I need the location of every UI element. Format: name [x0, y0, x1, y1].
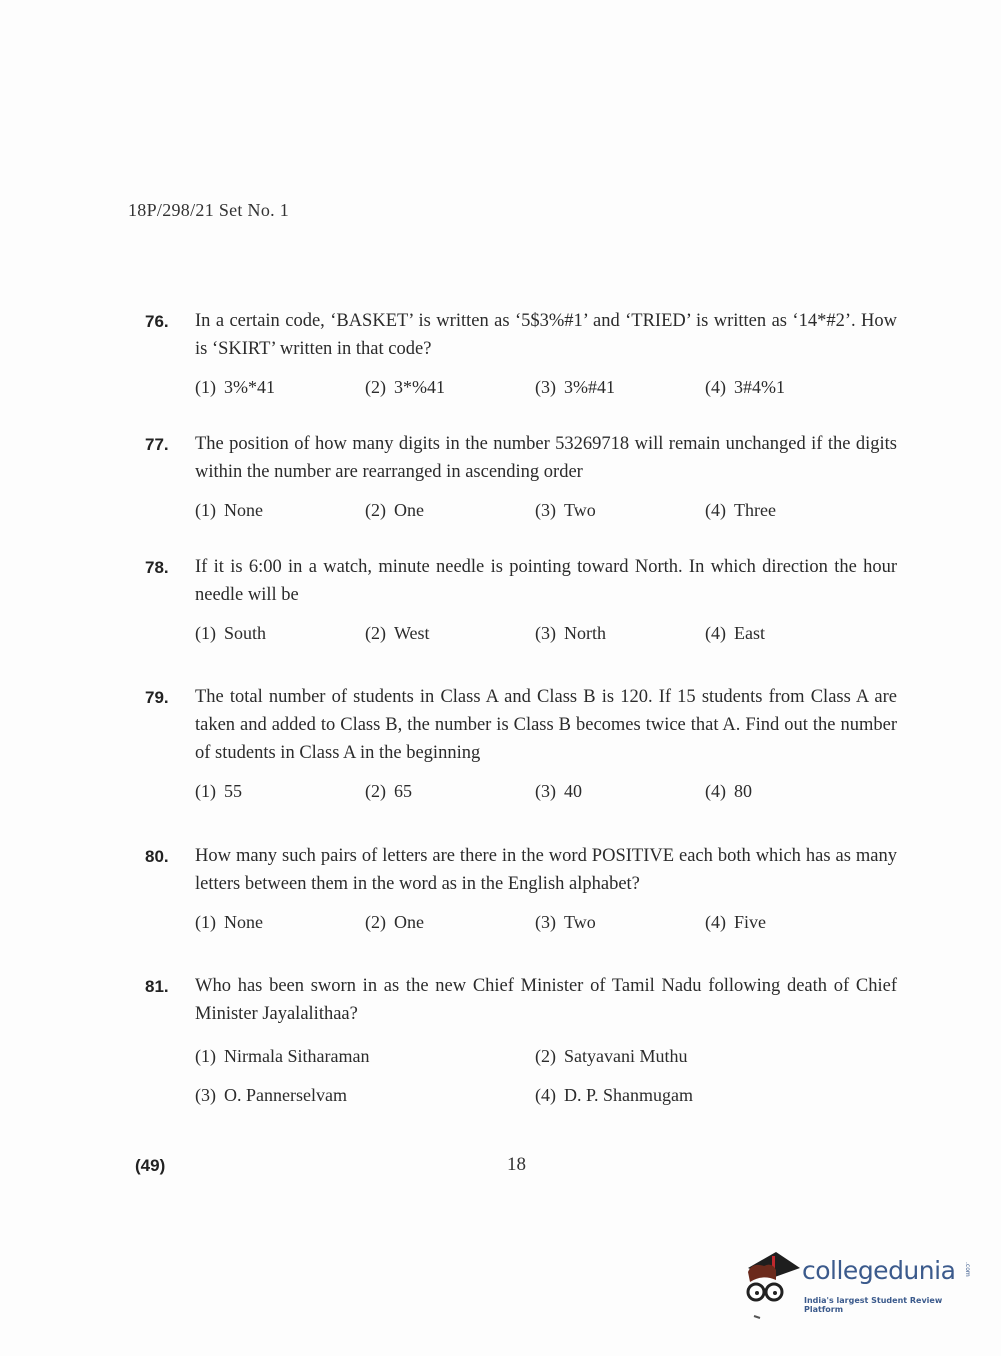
question-number: 76. [145, 312, 169, 332]
option-3: (3)North [535, 623, 705, 644]
option-4: (4)3#4%1 [705, 377, 875, 398]
question-text: How many such pairs of letters are there… [195, 842, 897, 898]
option-1: (1)None [195, 912, 365, 933]
option-1: (1)None [195, 500, 365, 521]
question-text: Who has been sworn in as the new Chief M… [195, 972, 897, 1028]
question-number: 80. [145, 847, 169, 867]
question-77: 77. The position of how many digits in t… [145, 430, 897, 521]
question-text: The position of how many digits in the n… [195, 430, 897, 486]
options: (1)None (2)One (3)Two (4)Five [195, 912, 897, 933]
question-text: In a certain code, ‘BASKET’ is written a… [195, 307, 897, 363]
option-3: (3)40 [535, 781, 705, 802]
mascot-icon [742, 1248, 802, 1320]
question-76: 76. In a certain code, ‘BASKET’ is writt… [145, 307, 897, 398]
brand-tagline: India's largest Student Review Platform [804, 1296, 972, 1314]
option-3: (3)Two [535, 500, 705, 521]
options: (1)3%*41 (2)3*%41 (3)3%#41 (4)3#4%1 [195, 377, 897, 398]
option-1: (1)South [195, 623, 365, 644]
question-text: The total number of students in Class A … [195, 683, 897, 767]
question-79: 79. The total number of students in Clas… [145, 683, 897, 802]
option-4: (4)Three [705, 500, 875, 521]
brand-name: collegedunia [802, 1256, 955, 1285]
brand-suffix: .com [964, 1262, 971, 1277]
option-4: (4)East [705, 623, 875, 644]
question-text: If it is 6:00 in a watch, minute needle … [195, 553, 897, 609]
question-78: 78. If it is 6:00 in a watch, minute nee… [145, 553, 897, 644]
option-4: (4)80 [705, 781, 875, 802]
option-4: (4)D. P. Shanmugam [535, 1085, 875, 1106]
footer-booklet-code: (49) [135, 1156, 165, 1176]
option-3: (3)3%#41 [535, 377, 705, 398]
options: (1)Nirmala Sitharaman (2)Satyavani Muthu… [195, 1046, 897, 1106]
paper-code-header: 18P/298/21 Set No. 1 [128, 200, 289, 221]
question-number: 79. [145, 688, 169, 708]
option-2: (2)3*%41 [365, 377, 535, 398]
options: (1)None (2)One (3)Two (4)Three [195, 500, 897, 521]
options: (1)South (2)West (3)North (4)East [195, 623, 897, 644]
question-number: 77. [145, 435, 169, 455]
option-4: (4)Five [705, 912, 875, 933]
question-81: 81. Who has been sworn in as the new Chi… [145, 972, 897, 1106]
collegedunia-watermark: collegedunia .com India's largest Studen… [742, 1248, 972, 1323]
options: (1)55 (2)65 (3)40 (4)80 [195, 781, 897, 802]
question-number: 78. [145, 558, 169, 578]
option-3: (3)Two [535, 912, 705, 933]
option-1: (1)55 [195, 781, 365, 802]
option-2: (2)65 [365, 781, 535, 802]
option-3: (3)O. Pannerselvam [195, 1085, 535, 1106]
option-2: (2)Satyavani Muthu [535, 1046, 875, 1067]
option-1: (1)3%*41 [195, 377, 365, 398]
option-1: (1)Nirmala Sitharaman [195, 1046, 535, 1067]
question-number: 81. [145, 977, 169, 997]
question-80: 80. How many such pairs of letters are t… [145, 842, 897, 933]
exam-page: 18P/298/21 Set No. 1 76. In a certain co… [0, 0, 1001, 1356]
option-2: (2)West [365, 623, 535, 644]
option-2: (2)One [365, 912, 535, 933]
option-2: (2)One [365, 500, 535, 521]
page-number: 18 [507, 1154, 526, 1176]
